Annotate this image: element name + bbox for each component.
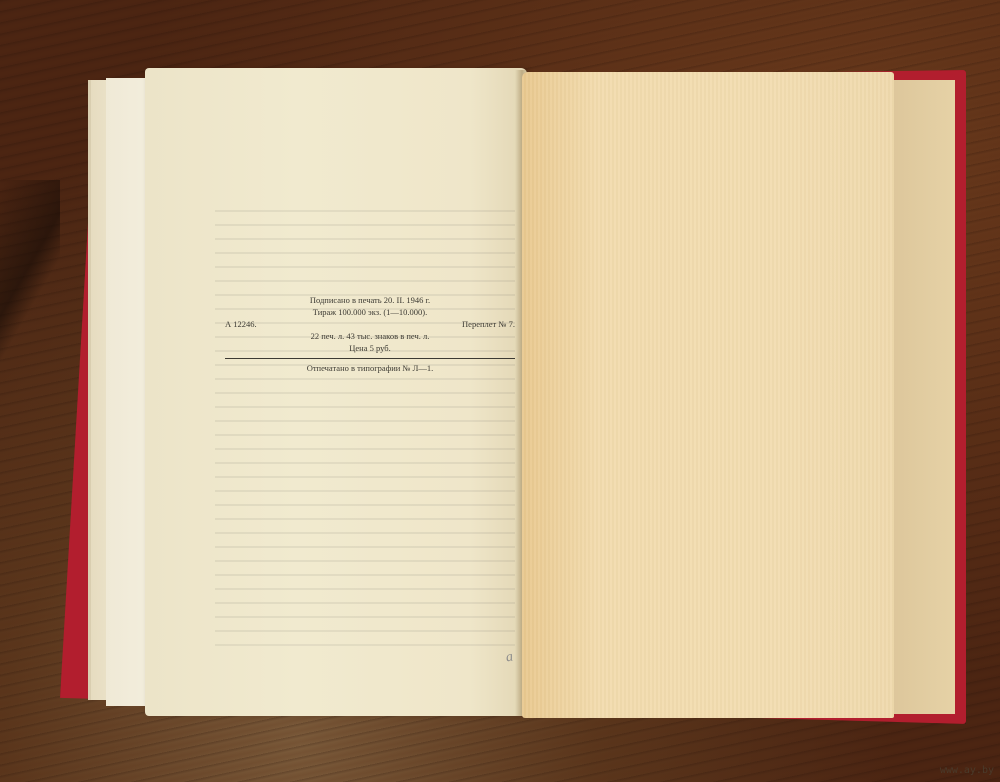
endpaper-right — [885, 80, 955, 714]
imprint-print-run: Тираж 100.000 экз. (1—10.000). — [225, 306, 515, 318]
imprint-signed: Подписано в печать 20. II. 1946 г. — [225, 294, 515, 306]
show-through-text — [215, 198, 515, 716]
imprint-sheets: 22 печ. л. 43 тыс. знаков в печ. л. — [225, 330, 515, 342]
right-page-blank — [522, 72, 894, 718]
imprint-row: А 12246. Переплет № 7. — [225, 318, 515, 330]
left-page: Подписано в печать 20. II. 1946 г. Тираж… — [145, 68, 527, 716]
imprint-divider — [225, 358, 515, 359]
imprint-printer: Отпечатано в типографии № Л—1. — [225, 362, 515, 374]
imprint-block: Подписано в печать 20. II. 1946 г. Тираж… — [225, 294, 515, 374]
imprint-price: Цена 5 руб. — [225, 342, 515, 354]
watermark: www.ay.by — [940, 765, 994, 776]
imprint-binding: Переплет № 7. — [462, 318, 515, 330]
imprint-code: А 12246. — [225, 318, 257, 330]
open-book: Подписано в печать 20. II. 1946 г. Тираж… — [0, 0, 1000, 782]
